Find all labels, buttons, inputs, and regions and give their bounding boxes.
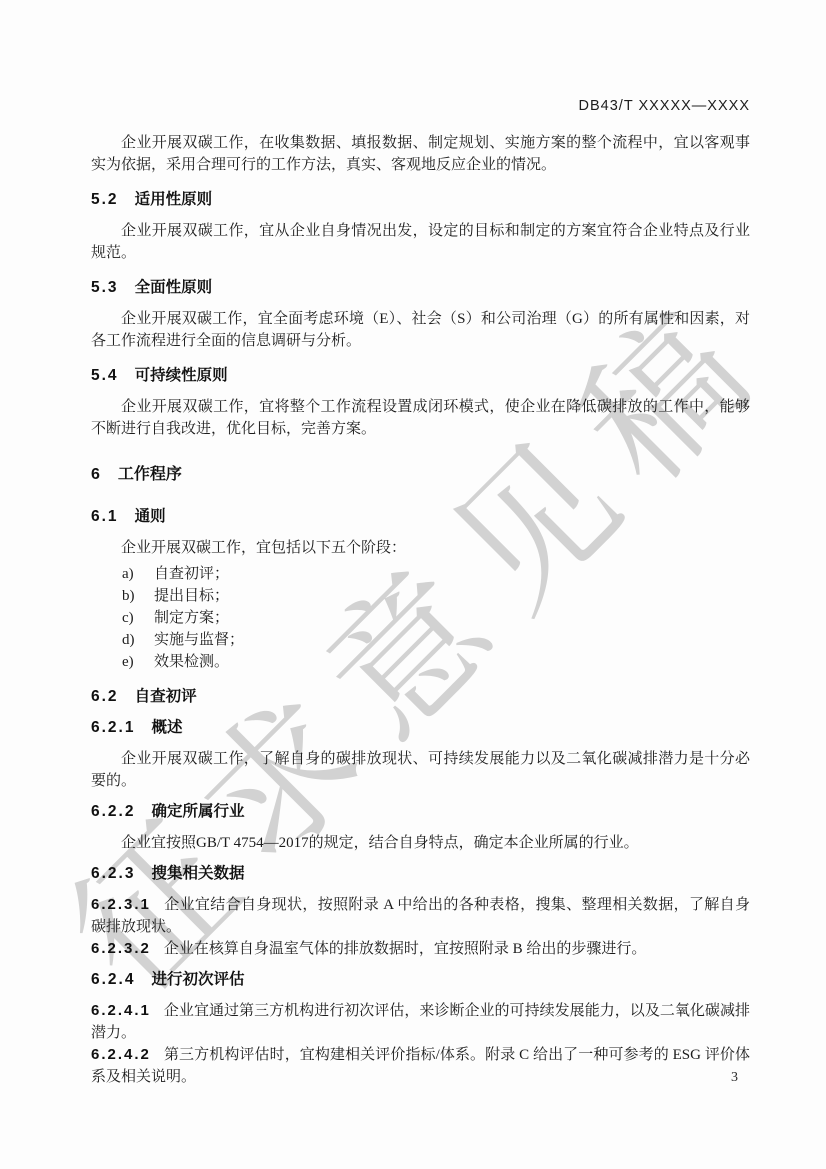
paragraph-5-3: 企业开展双碳工作，宜全面考虑环境（E）、社会（S）和公司治理（G）的所有属性和因… <box>91 308 750 352</box>
paragraph-6-2-1: 企业开展双碳工作，了解自身的碳排放现状、可持续发展能力以及二氧化碳减排潜力是十分… <box>91 748 750 792</box>
heading-6: 6工作程序 <box>91 464 750 486</box>
clause-6-2-4-1: 6.2.4.1企业宜通过第三方机构进行初次评估，来诊断企业的可持续发展能力，以及… <box>91 1000 750 1044</box>
paragraph-intro: 企业开展双碳工作，在收集数据、填报数据、制定规划、实施方案的整个流程中，宜以客观… <box>91 132 750 176</box>
paragraph-5-2: 企业开展双碳工作，宜从企业自身情况出发，设定的目标和制定的方案宜符合企业特点及行… <box>91 220 750 264</box>
heading-number: 6.1 <box>91 506 119 528</box>
list-item: e)效果检测。 <box>122 651 750 673</box>
heading-number: 6.2.3 <box>91 863 135 885</box>
list-item-label: e) <box>122 651 154 673</box>
heading-number: 5.2 <box>91 189 119 211</box>
heading-number: 5.4 <box>91 365 119 387</box>
clause-text: 企业在核算自身温室气体的排放数据时，宜按照附录 B 给出的步骤进行。 <box>164 941 647 957</box>
list-item-text: 制定方案； <box>154 610 229 626</box>
list-item-label: b) <box>122 585 154 607</box>
list-item-text: 提出目标； <box>154 588 229 604</box>
heading-title: 通则 <box>135 508 166 525</box>
list-item-label: d) <box>122 629 154 651</box>
heading-title: 适用性原则 <box>135 191 213 208</box>
paragraph-6-2-2: 企业宜按照GB/T 4754—2017的规定，结合自身特点，确定本企业所属的行业… <box>91 832 750 854</box>
list-item-label: c) <box>122 607 154 629</box>
list-item: a)自查初评； <box>122 563 750 585</box>
clause-6-2-3-1: 6.2.3.1企业宜结合自身现状，按照附录 A 中给出的各种表格，搜集、整理相关… <box>91 894 750 938</box>
heading-title: 工作程序 <box>118 466 182 483</box>
clause-6-2-3-2: 6.2.3.2企业在核算自身温室气体的排放数据时，宜按照附录 B 给出的步骤进行… <box>91 938 750 960</box>
list-item-text: 实施与监督； <box>154 632 244 648</box>
list-item: d)实施与监督； <box>122 629 750 651</box>
stage-list: a)自查初评； b)提出目标； c)制定方案； d)实施与监督； e)效果检测。 <box>91 563 750 673</box>
paragraph-5-4: 企业开展双碳工作，宜将整个工作流程设置成闭环模式，使企业在降低碳排放的工作中，能… <box>91 396 750 440</box>
page-number: 3 <box>731 1070 738 1086</box>
heading-title: 确定所属行业 <box>151 803 244 820</box>
paragraph-6-1: 企业开展双碳工作，宜包括以下五个阶段： <box>91 537 750 559</box>
heading-6-2-4: 6.2.4进行初次评估 <box>91 969 750 991</box>
heading-number: 6.2.2 <box>91 801 135 823</box>
heading-6-1: 6.1通则 <box>91 506 750 528</box>
heading-title: 进行初次评估 <box>151 971 244 988</box>
clause-6-2-4-2: 6.2.4.2第三方机构评估时，宜构建相关评价指标/体系。附录 C 给出了一种可… <box>91 1044 750 1088</box>
heading-number: 6.2.1 <box>91 717 135 739</box>
clause-number: 6.2.3.2 <box>91 940 151 957</box>
clause-number: 6.2.3.1 <box>91 896 151 913</box>
heading-5-2: 5.2适用性原则 <box>91 189 750 211</box>
list-item: c)制定方案； <box>122 607 750 629</box>
heading-title: 全面性原则 <box>135 279 213 296</box>
standard-code-header: DB43/T XXXXX—XXXX <box>91 98 750 114</box>
heading-6-2: 6.2自查初评 <box>91 686 750 708</box>
clause-number: 6.2.4.1 <box>91 1002 151 1019</box>
heading-title: 搜集相关数据 <box>151 865 244 882</box>
heading-number: 6.2.4 <box>91 969 135 991</box>
list-item-label: a) <box>122 563 154 585</box>
page-content: DB43/T XXXXX—XXXX 企业开展双碳工作，在收集数据、填报数据、制定… <box>0 0 826 1092</box>
clause-text: 企业宜通过第三方机构进行初次评估，来诊断企业的可持续发展能力，以及二氧化碳减排潜… <box>91 1003 750 1041</box>
document-page: 征求意见稿 DB43/T XXXXX—XXXX 企业开展双碳工作，在收集数据、填… <box>0 0 826 1169</box>
heading-6-2-3: 6.2.3搜集相关数据 <box>91 863 750 885</box>
clause-group-6-2-3: 6.2.3.1企业宜结合自身现状，按照附录 A 中给出的各种表格，搜集、整理相关… <box>91 894 750 960</box>
heading-title: 可持续性原则 <box>135 367 228 384</box>
heading-number: 6 <box>91 464 102 486</box>
clause-group-6-2-4: 6.2.4.1企业宜通过第三方机构进行初次评估，来诊断企业的可持续发展能力，以及… <box>91 1000 750 1088</box>
clause-number: 6.2.4.2 <box>91 1046 151 1063</box>
list-item-text: 效果检测。 <box>154 654 229 670</box>
clause-text: 第三方机构评估时，宜构建相关评价指标/体系。附录 C 给出了一种可参考的 ESG… <box>91 1047 750 1085</box>
heading-6-2-2: 6.2.2确定所属行业 <box>91 801 750 823</box>
heading-title: 自查初评 <box>135 688 197 705</box>
heading-5-4: 5.4可持续性原则 <box>91 365 750 387</box>
list-item-text: 自查初评； <box>154 566 229 582</box>
list-item: b)提出目标； <box>122 585 750 607</box>
heading-number: 5.3 <box>91 277 119 299</box>
heading-6-2-1: 6.2.1概述 <box>91 717 750 739</box>
clause-text: 企业宜结合自身现状，按照附录 A 中给出的各种表格，搜集、整理相关数据，了解自身… <box>91 897 750 935</box>
heading-5-3: 5.3全面性原则 <box>91 277 750 299</box>
heading-number: 6.2 <box>91 686 119 708</box>
heading-title: 概述 <box>151 719 182 736</box>
